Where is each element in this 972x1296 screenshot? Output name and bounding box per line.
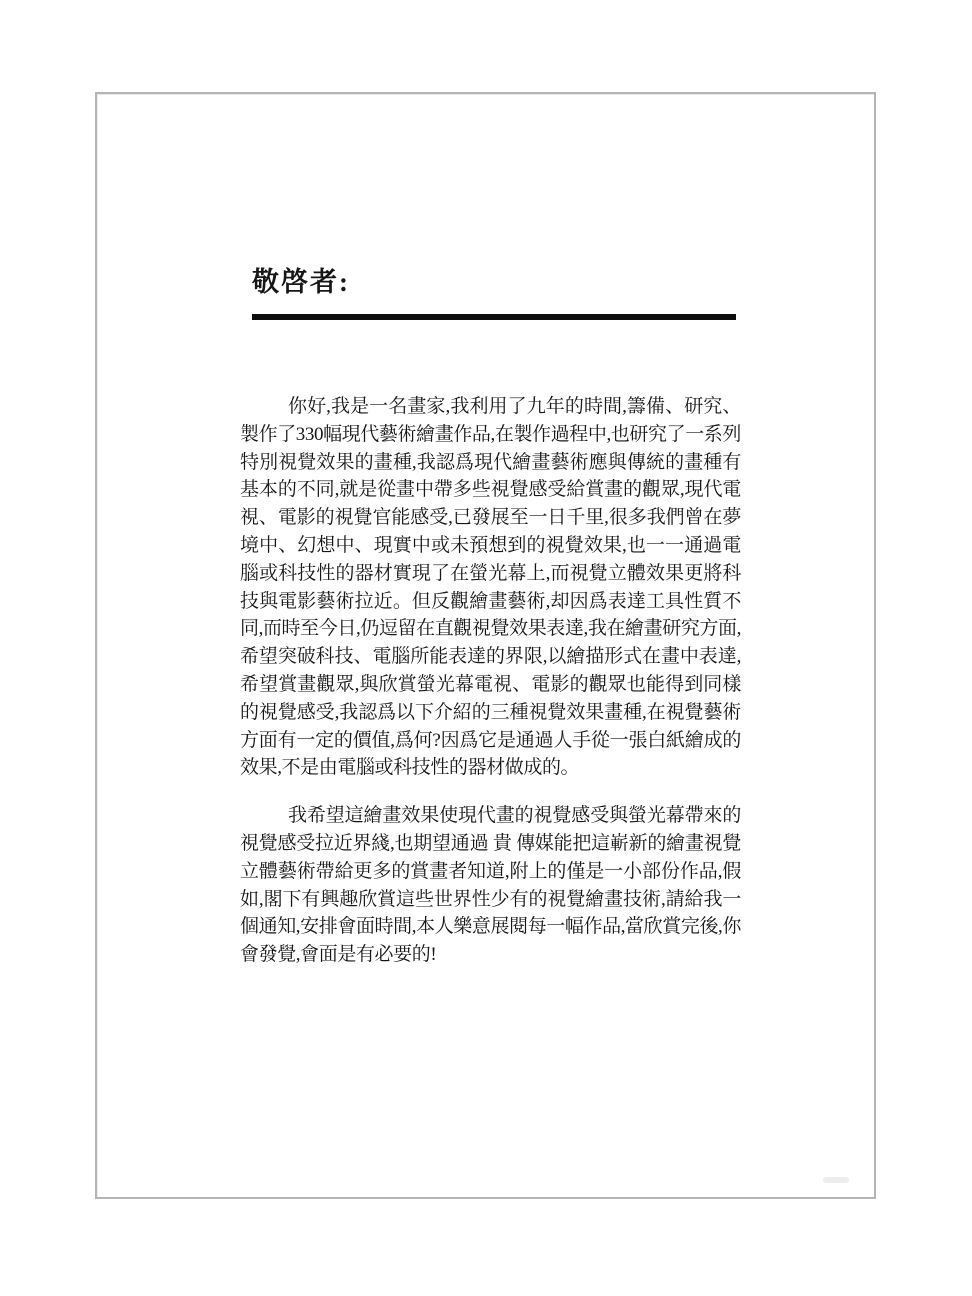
- salutation-heading: 敬啓者:: [252, 266, 752, 300]
- scan-artifact-smudge: [823, 1177, 849, 1183]
- letter-body: 你好,我是一名畫家,我利用了九年的時間,籌備、研究、製作了330幅現代藝術繪畫作…: [240, 393, 741, 969]
- letter-paragraph-1: 你好,我是一名畫家,我利用了九年的時間,籌備、研究、製作了330幅現代藝術繪畫作…: [240, 393, 741, 782]
- letter-paragraph-2: 我希望這繪畫效果使現代畫的視覺感受與螢光幕帶來的視覺感受拉近界綫,也期望通過 貴…: [240, 802, 741, 969]
- scanned-letter-page: 敬啓者: 你好,我是一名畫家,我利用了九年的時間,籌備、研究、製作了330幅現代…: [0, 0, 972, 1296]
- heading-underline-rule: [252, 314, 736, 320]
